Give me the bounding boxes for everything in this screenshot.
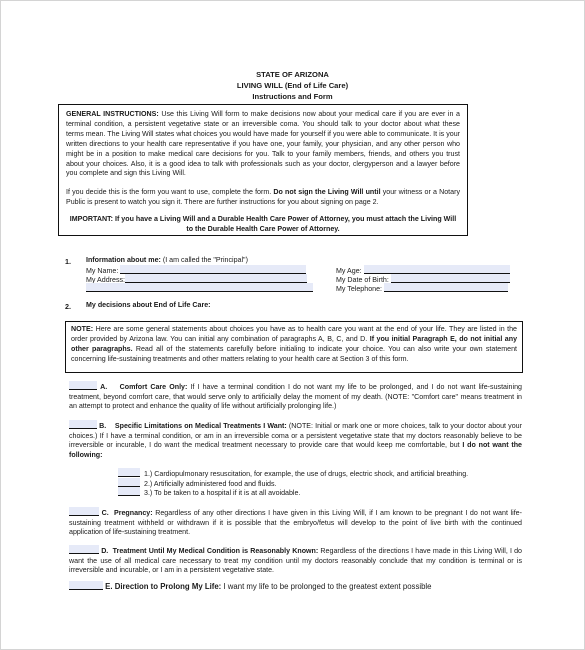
section-1-note: (I am called the "Principal"): [161, 256, 248, 264]
paragraph-b-letter: B.: [99, 422, 106, 430]
note-text-2: Read all of the statements carefully bef…: [71, 345, 517, 363]
section-1-number: 1.: [65, 257, 71, 266]
paragraph-b: B. Specific Limitations on Medical Treat…: [69, 420, 522, 461]
initial-c-input[interactable]: [69, 507, 99, 516]
section-2-heading: My decisions about End of Life Care:: [86, 301, 211, 311]
initial-b1-input[interactable]: [118, 468, 140, 477]
name-input[interactable]: [120, 265, 306, 274]
general-instructions-label: GENERAL INSTRUCTIONS:: [66, 110, 159, 118]
paragraph-a: A. Comfort Care Only: If I have a termin…: [69, 381, 522, 412]
document-page: STATE OF ARIZONA LIVING WILL (End of Lif…: [0, 0, 585, 650]
general-instructions-body: Use this Living Will form to make decisi…: [66, 110, 460, 177]
general-instructions-text: GENERAL INSTRUCTIONS: Use this Living Wi…: [66, 110, 460, 179]
signing-instructions: If you decide this is the form you want …: [66, 188, 460, 208]
dob-input[interactable]: [391, 274, 510, 283]
option-b1-text: 1.) Cardiopulmonary resuscitation, for e…: [144, 470, 468, 478]
important-notice: IMPORTANT: If you have a Living Will and…: [66, 215, 460, 235]
paragraph-c-letter: C.: [102, 509, 109, 517]
paragraph-e-letter: E.: [105, 582, 112, 591]
note-box: NOTE: Here are some general statements a…: [65, 321, 523, 373]
telephone-input[interactable]: [384, 283, 508, 292]
note-text: NOTE: Here are some general statements a…: [71, 325, 517, 365]
document-header: STATE OF ARIZONA LIVING WILL (End of Lif…: [1, 69, 584, 102]
paragraph-a-title: Comfort Care Only:: [120, 383, 188, 391]
paragraph-c: C. Pregnancy: Regardless of any other di…: [69, 507, 522, 538]
note-label: NOTE:: [71, 325, 93, 333]
header-subtitle: Instructions and Form: [1, 91, 584, 102]
general-instructions-box: GENERAL INSTRUCTIONS: Use this Living Wi…: [58, 104, 468, 236]
address-line2-row: [86, 283, 313, 295]
paragraph-d-letter: D.: [101, 547, 108, 555]
initial-b2-input[interactable]: [118, 478, 140, 487]
paragraph-c-title: Pregnancy:: [114, 509, 153, 517]
section-2-number: 2.: [65, 302, 71, 311]
paragraph-e: E. Direction to Prolong My Life: I want …: [69, 581, 522, 592]
initial-b-input[interactable]: [69, 420, 97, 429]
telephone-field-row: My Telephone:: [336, 283, 508, 295]
initial-a-input[interactable]: [69, 381, 97, 390]
paragraph-e-text: I want my life to be prolonged to the gr…: [221, 582, 431, 591]
paragraph-a-letter: A.: [100, 383, 107, 391]
paragraph-d-title: Treatment Until My Medical Condition is …: [113, 547, 319, 555]
initial-e-input[interactable]: [69, 581, 103, 590]
telephone-label: My Telephone:: [336, 285, 382, 293]
initial-d-input[interactable]: [69, 545, 99, 554]
paragraph-e-title: Direction to Prolong My Life:: [115, 582, 222, 591]
header-title: LIVING WILL (End of Life Care): [1, 80, 584, 91]
signing-warning: Do not sign the Living Will until: [273, 188, 380, 196]
option-b3: 3.) To be taken to a hospital if it is a…: [118, 487, 300, 499]
option-b3-text: 3.) To be taken to a hospital if it is a…: [144, 489, 300, 497]
address-input[interactable]: [125, 274, 307, 283]
age-input[interactable]: [364, 265, 510, 274]
address-line2-input[interactable]: [86, 283, 313, 292]
header-state: STATE OF ARIZONA: [1, 69, 584, 80]
paragraph-d: D. Treatment Until My Medical Condition …: [69, 545, 522, 576]
paragraph-b-title: Specific Limitations on Medical Treatmen…: [115, 422, 287, 430]
section-1-label: Information about me:: [86, 256, 161, 264]
initial-b3-input[interactable]: [118, 487, 140, 496]
signing-text-start: If you decide this is the form you want …: [66, 188, 273, 196]
